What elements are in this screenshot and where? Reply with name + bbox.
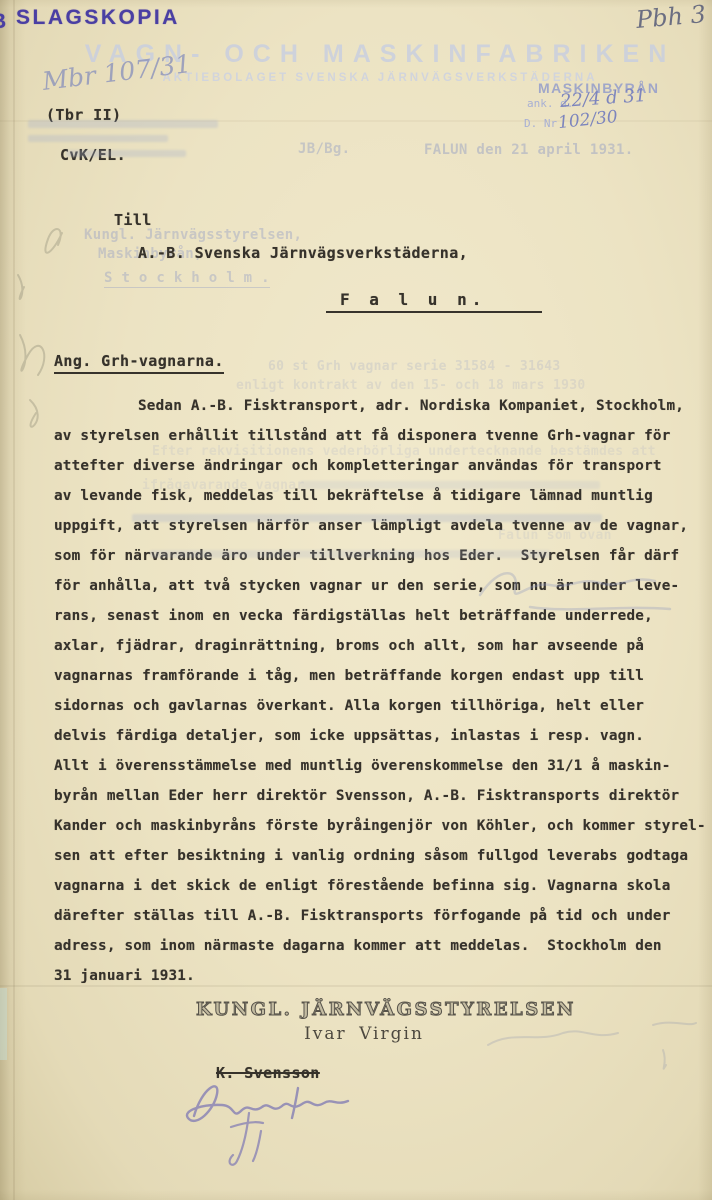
cutoff-stamp-fragment: B [0, 10, 9, 34]
pencil-marks-right [468, 1005, 703, 1100]
ghost-address-city: S t o c k h o l m . [104, 270, 270, 288]
ghost-address-line1: Kungl. Järnvägsstyrelsen, [84, 227, 302, 243]
corner-note-handwritten: Pbh 3 [635, 0, 707, 34]
scanned-letter-page: B SLAGSKOPIA Pbh 3 VAGN- OCH MASKINFABRI… [0, 0, 712, 1200]
ghost-body-text: ifrågavarande vagnar [142, 478, 305, 493]
body-line: byrån mellan Eder herr direktör Svensson… [54, 781, 710, 811]
ghost-text-bar [132, 514, 602, 522]
body-line: Allt i överensstämmelse med muntlig över… [54, 751, 710, 781]
dateline-ghost: FALUN den 21 april 1931. [424, 142, 634, 158]
slagskopia-stamp: SLAGSKOPIA [16, 6, 180, 30]
body-line: Kander och maskinbyråns förste byråingen… [54, 811, 710, 841]
body-line: 31 januari 1931. [54, 961, 710, 991]
ghost-text-bar [300, 481, 600, 489]
handwritten-signature [178, 1070, 408, 1180]
body-line: vagnarnas framförande i tåg, men beträff… [54, 661, 710, 691]
ghost-body-text: Falun som ovan [498, 528, 612, 543]
handwritten-note-tjf [215, 1105, 285, 1175]
body-line: axlar, fjädrar, draginrättning, broms oc… [54, 631, 710, 661]
ghost-body-text: Efter rekvisitionens vederbörliga undert… [152, 444, 656, 459]
body-line: delvis färdiga detaljer, som icke uppsät… [54, 721, 710, 751]
paper-fold-line [13, 0, 15, 1200]
body-line: Sedan A.-B. Fisktransport, adr. Nordiska… [54, 391, 710, 421]
ghost-text-bar [66, 150, 186, 157]
stamp-dnr-label: D. Nr [524, 117, 557, 130]
ghost-body-text: 60 st Grh vagnar serie 31584 - 31643 [268, 359, 561, 374]
clerk-ghost: JB/Bg. [298, 141, 350, 157]
ghost-text-bar [28, 135, 168, 142]
recipient-city: F a l u n. [326, 290, 542, 313]
paper-edge-artifact [0, 988, 7, 1060]
ghost-signature-bleed [470, 555, 690, 625]
body-line: vagnarna i det skick de enligt föreståen… [54, 871, 710, 901]
subject-line: Ang. Grh-vagnarna. [54, 352, 224, 374]
ghost-text-bar [28, 120, 218, 128]
body-line: sen att efter besiktning i vanlig ordnin… [54, 841, 710, 871]
body-line: därefter ställas till A.-B. Fisktranspor… [54, 901, 710, 931]
body-line: sidornas och gavlarnas överkant. Alla ko… [54, 691, 710, 721]
recipient-line: A.-B. Svenska Järnvägsverkstäderna, [138, 244, 468, 262]
body-line: adress, som inom närmaste dagarna kommer… [54, 931, 710, 961]
